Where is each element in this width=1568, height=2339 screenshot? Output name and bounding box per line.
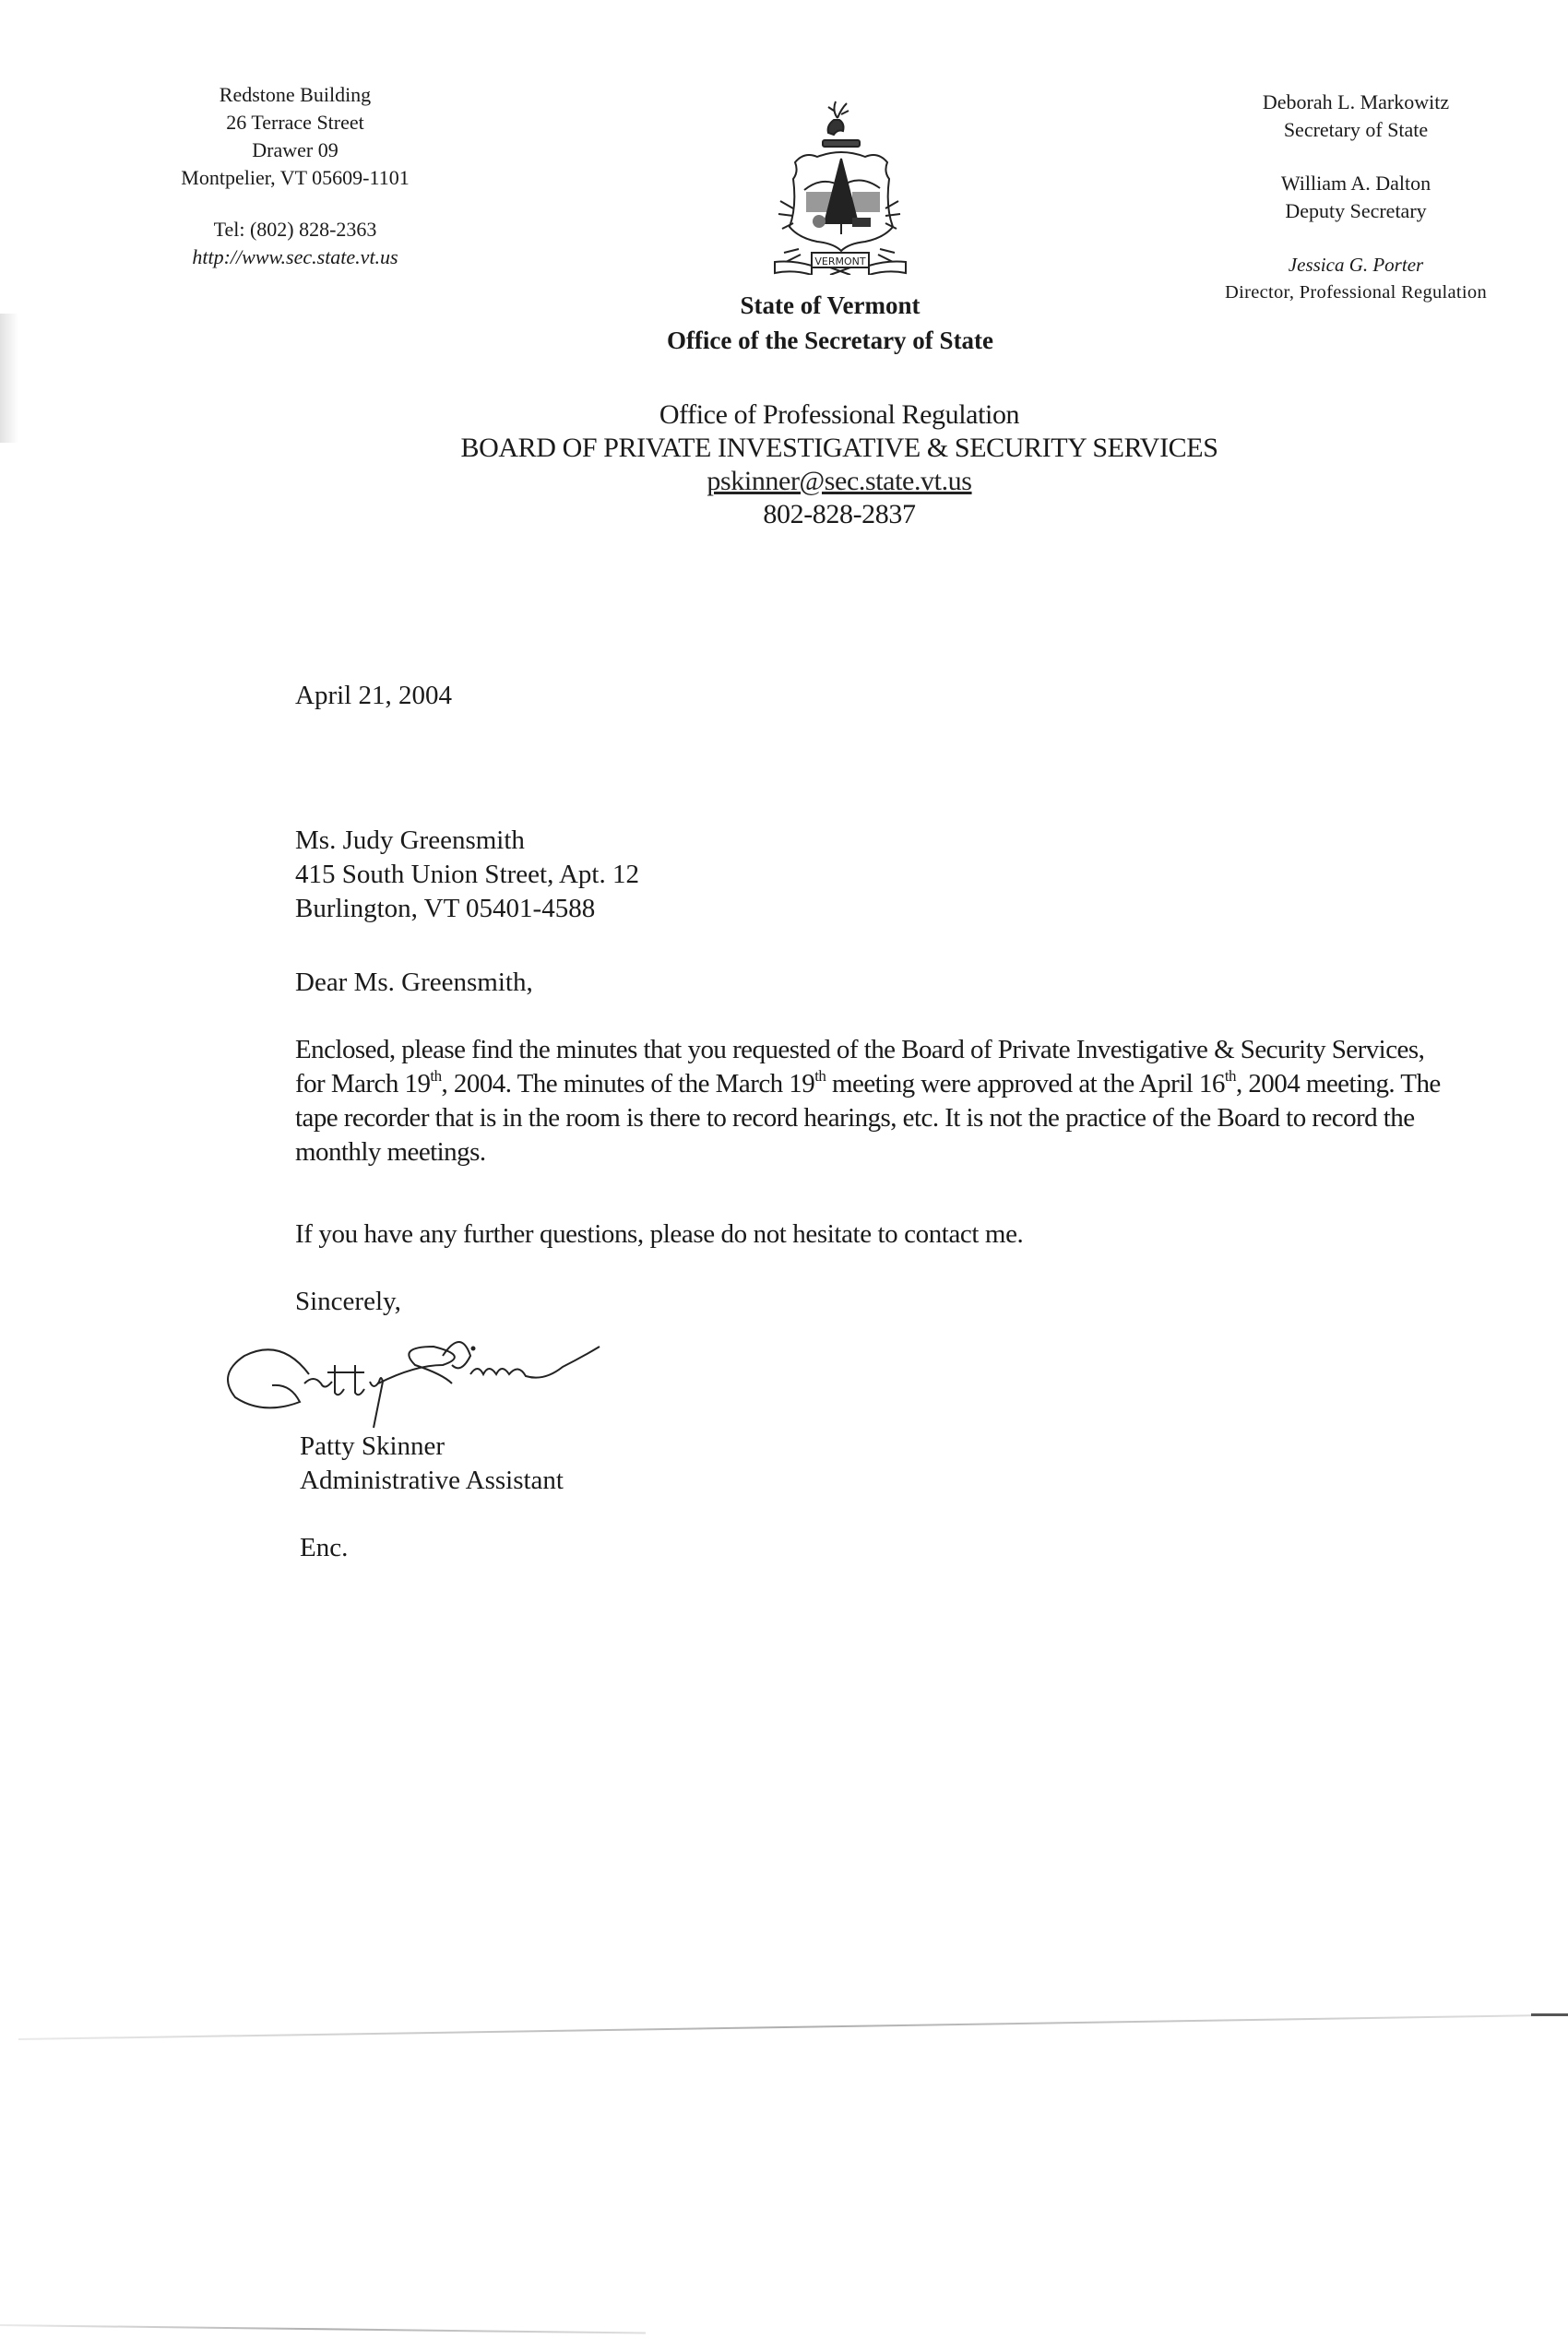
office-name: Office of the Secretary of State [553, 323, 1107, 358]
officials-list: Deborah L. Markowitz Secretary of State … [1171, 89, 1540, 306]
board-phone: 802-828-2837 [277, 498, 1402, 531]
address-line: Drawer 09 [148, 137, 443, 164]
scan-edge-shadow [0, 314, 18, 443]
official-name: Deborah L. Markowitz [1171, 89, 1540, 116]
body-paragraph: Enclosed, please find the minutes that y… [295, 1033, 1457, 1169]
vermont-state-seal-icon: VERMONT [756, 90, 922, 275]
state-name: State of Vermont [553, 288, 1107, 323]
board-email-link[interactable]: pskinner@sec.state.vt.us [707, 466, 971, 496]
telephone: Tel: (802) 828-2363 [148, 216, 443, 243]
recipient-address: Ms. Judy Greensmith 415 South Union Stre… [295, 824, 1457, 926]
official-title: Deputy Secretary [1171, 197, 1540, 225]
body-paragraph: If you have any further questions, pleas… [295, 1217, 1457, 1252]
board-header: Office of Professional Regulation BOARD … [277, 398, 1402, 531]
sender-address: Redstone Building 26 Terrace Street Draw… [148, 81, 443, 271]
address-line: Montpelier, VT 05609-1101 [148, 164, 443, 192]
official-name: Jessica G. Porter [1171, 251, 1540, 279]
closing: Sincerely, [295, 1285, 1457, 1319]
official-name: William A. Dalton [1171, 170, 1540, 197]
board-name: BOARD OF PRIVATE INVESTIGATIVE & SECURIT… [277, 432, 1402, 465]
letter-date: April 21, 2004 [295, 679, 1457, 713]
signer-block: Patty Skinner Administrative Assistant [300, 1430, 1462, 1498]
recipient-line: 415 South Union Street, Apt. 12 [295, 858, 1457, 892]
website-link[interactable]: http://www.sec.state.vt.us [148, 243, 443, 271]
scan-line-bottom [0, 2324, 646, 2334]
official-title: Director, Professional Regulation [1171, 279, 1540, 306]
scan-mark [1531, 2013, 1568, 2016]
salutation: Dear Ms. Greensmith, [295, 966, 1457, 1000]
address-line: Redstone Building [148, 81, 443, 109]
signer-title: Administrative Assistant [300, 1464, 1462, 1498]
recipient-line: Burlington, VT 05401-4588 [295, 892, 1457, 926]
office-heading: State of Vermont Office of the Secretary… [553, 288, 1107, 358]
enclosure-note: Enc. [300, 1531, 1462, 1565]
seal-banner-text: VERMONT [814, 255, 865, 267]
signer-name: Patty Skinner [300, 1430, 1462, 1464]
official-title: Secretary of State [1171, 116, 1540, 144]
scan-line [18, 2014, 1568, 2040]
board-office: Office of Professional Regulation [277, 398, 1402, 432]
address-line: 26 Terrace Street [148, 109, 443, 137]
recipient-line: Ms. Judy Greensmith [295, 824, 1457, 858]
